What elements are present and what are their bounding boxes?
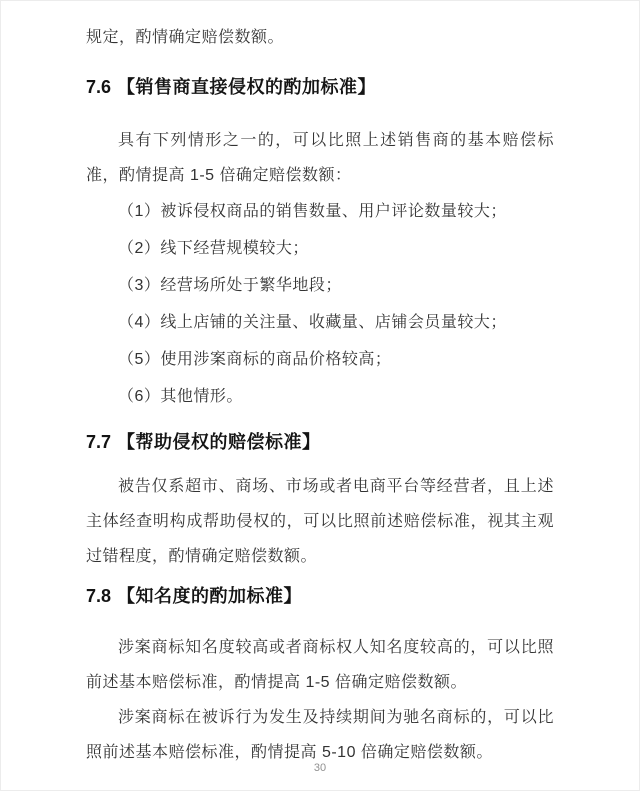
section-title: 【知名度的酌加标准】 [117,586,302,606]
section-number: 7.8 [86,586,111,606]
paragraph-line: 主体经查明构成帮助侵权的，可以比照前述赔偿标准，视其主观 [86,504,554,539]
list-item: （2）线下经营规模较大； [86,230,554,267]
section-number: 7.7 [86,432,111,452]
paragraph-line: 前述基本赔偿标准，酌情提高 1-5 倍确定赔偿数额。 [86,665,554,700]
document-content: 规定，酌情确定赔偿数额。 7.6【销售商直接侵权的酌加标准】 具有下列情形之一的… [1,1,639,770]
paragraph-line: 准，酌情提高 1-5 倍确定赔偿数额： [86,158,554,193]
section-title: 【帮助侵权的赔偿标准】 [117,432,321,452]
list-item: （5）使用涉案商标的商品价格较高； [86,341,554,378]
paragraph-line: 涉案商标在被诉行为发生及持续期间为驰名商标的，可以比 [86,700,554,735]
paragraph-line: 过错程度，酌情确定赔偿数额。 [86,539,554,574]
section-7-8-paragraph-1: 涉案商标知名度较高或者商标权人知名度较高的，可以比照 前述基本赔偿标准，酌情提高… [86,630,554,700]
list-item: （4）线上店铺的关注量、收藏量、店铺会员量较大； [86,304,554,341]
section-7-6-intro: 具有下列情形之一的，可以比照上述销售商的基本赔偿标 准，酌情提高 1-5 倍确定… [86,123,554,193]
section-7-8-heading: 7.8【知名度的酌加标准】 [86,579,554,614]
list-item: （6）其他情形。 [86,378,554,415]
document-page-background: { "page": { "number": "30" }, "colors": … [0,0,640,791]
section-number: 7.6 [86,77,111,97]
section-7-7-heading: 7.7【帮助侵权的赔偿标准】 [86,425,554,460]
list-item: （1）被诉侵权商品的销售数量、用户评论数量较大； [86,193,554,230]
section-7-7-body: 被告仅系超市、商场、市场或者电商平台等经营者，且上述 主体经查明构成帮助侵权的，… [86,469,554,574]
page-number: 30 [1,762,639,774]
section-7-6-list: （1）被诉侵权商品的销售数量、用户评论数量较大； （2）线下经营规模较大； （3… [86,193,554,415]
section-title: 【销售商直接侵权的酌加标准】 [117,77,376,97]
paragraph-line: 涉案商标知名度较高或者商标权人知名度较高的，可以比照 [86,630,554,665]
section-7-6-heading: 7.6【销售商直接侵权的酌加标准】 [86,70,554,105]
section-7-8-paragraph-2: 涉案商标在被诉行为发生及持续期间为驰名商标的，可以比 照前述基本赔偿标准，酌情提… [86,700,554,770]
paragraph-continuation: 规定，酌情确定赔偿数额。 [86,20,554,55]
paragraph-line: 具有下列情形之一的，可以比照上述销售商的基本赔偿标 [86,123,554,158]
paragraph-line: 被告仅系超市、商场、市场或者电商平台等经营者，且上述 [86,469,554,504]
list-item: （3）经营场所处于繁华地段； [86,267,554,304]
